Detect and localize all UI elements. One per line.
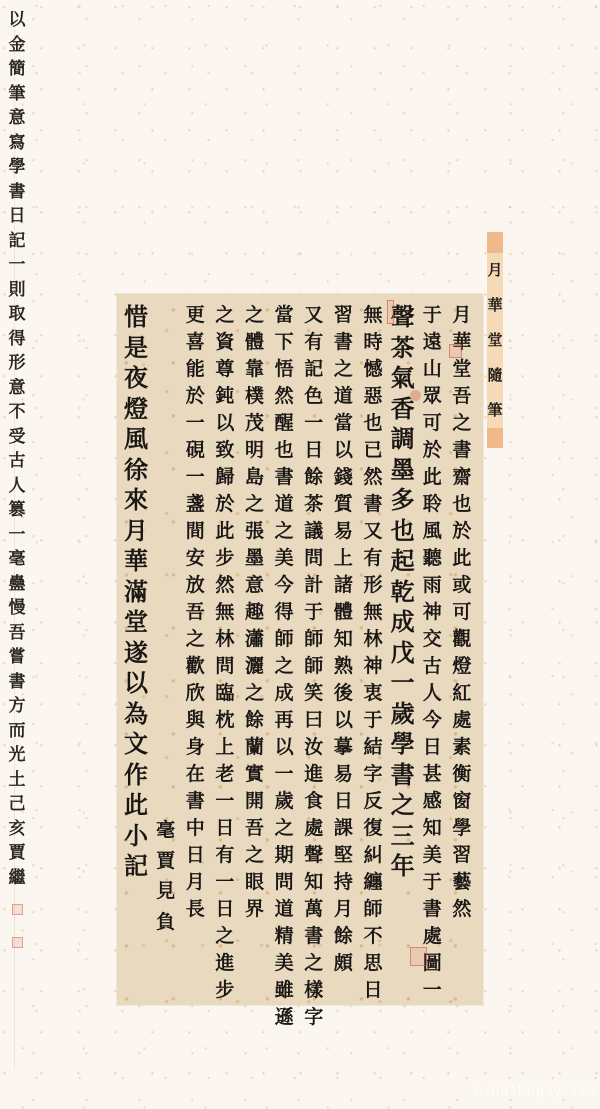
- calligraphy-char: 道: [275, 896, 294, 923]
- calligraphy-char: 吾: [245, 815, 264, 842]
- calligraphy-char: 明: [245, 437, 264, 464]
- calligraphy-char: 之: [304, 950, 323, 977]
- inscription-char: 毫: [9, 547, 26, 572]
- calligraphy-char: 此: [215, 518, 234, 545]
- calligraphy-char: 然: [275, 383, 294, 410]
- text-column: 聲茶氣香調墨多也起乾成戊一歲學書之三年: [390, 302, 416, 997]
- calligraphy-char: 熟: [334, 653, 353, 680]
- calligraphy-char: 山: [423, 356, 442, 383]
- calligraphy-char: 體: [334, 599, 353, 626]
- text-column: 于遠山眾可於此聆風聽雨神交古人今日甚感知美于書處圖一: [419, 302, 445, 997]
- calligraphy-char: 美: [275, 545, 294, 572]
- calligraphy-char: 有: [304, 329, 323, 356]
- calligraphy-char: 吾: [452, 383, 471, 410]
- calligraphy-char: 身: [186, 734, 205, 761]
- calligraphy-char: 一: [275, 761, 294, 788]
- calligraphy-char: 靠: [245, 356, 264, 383]
- calligraphy-char: 日: [186, 842, 205, 869]
- calligraphy-char: 無: [215, 599, 234, 626]
- calligraphy-char: 美: [275, 950, 294, 977]
- calligraphy-char: 已: [363, 437, 382, 464]
- calligraphy-char: 計: [304, 572, 323, 599]
- calligraphy-char: 記: [304, 356, 323, 383]
- calligraphy-char: 問: [215, 653, 234, 680]
- inscription-char: 古: [9, 449, 26, 474]
- calligraphy-char: 華: [124, 546, 148, 577]
- calligraphy-char: 日: [215, 896, 234, 923]
- calligraphy-char: 書: [363, 491, 382, 518]
- calligraphy-char: 處: [423, 923, 442, 950]
- calligraphy-char: 致: [215, 437, 234, 464]
- calligraphy-char: 氣: [391, 363, 415, 394]
- inscription-char: 書: [9, 670, 26, 695]
- calligraphy-char: 與: [186, 707, 205, 734]
- inscription-char: 一: [9, 523, 26, 548]
- calligraphy-char: 古: [423, 653, 442, 680]
- calligraphy-char: 今: [423, 707, 442, 734]
- calligraphy-char: 之: [275, 815, 294, 842]
- calligraphy-char: 間: [186, 518, 205, 545]
- calligraphy-char: 食: [304, 788, 323, 815]
- calligraphy-char: 可: [452, 599, 471, 626]
- calligraphy-char: 形: [363, 572, 382, 599]
- inscription-char: 繼: [9, 866, 26, 891]
- calligraphy-char: 上: [334, 545, 353, 572]
- inscription-char: 書: [9, 180, 26, 205]
- calligraphy-char: 摹: [334, 734, 353, 761]
- calligraphy-char: 一: [186, 410, 205, 437]
- seal-icon-left: [12, 904, 23, 915]
- calligraphy-char: 於: [215, 491, 234, 518]
- calligraphy-char: 于: [363, 707, 382, 734]
- calligraphy-char: 問: [275, 869, 294, 896]
- calligraphy-char: 來: [124, 485, 148, 516]
- calligraphy-char: 餘: [245, 707, 264, 734]
- inscription-char: 日: [9, 204, 26, 229]
- title-char: 筆: [487, 393, 502, 428]
- calligraphy-char: 樣: [304, 977, 323, 1004]
- inscription-char: 簡: [9, 57, 26, 82]
- calligraphy-char: 堂: [124, 607, 148, 638]
- inscription-char: 記: [9, 229, 26, 254]
- calligraphy-char: 之: [452, 410, 471, 437]
- inscription-char: 方: [9, 694, 26, 719]
- inscription-char: 一: [9, 253, 26, 278]
- calligraphy-char: 神: [423, 599, 442, 626]
- inscription-char: 篡: [9, 498, 26, 523]
- inscription-char: 己: [9, 792, 26, 817]
- inscription-char: 以: [9, 8, 26, 33]
- calligraphy-char: 茂: [245, 410, 264, 437]
- inscription-char: 亥: [9, 817, 26, 842]
- calligraphy-char: 意: [245, 572, 264, 599]
- calligraphy-char: 燈: [124, 394, 148, 425]
- watermark: m.huibopay.com: [473, 1083, 598, 1099]
- inscription-char: 慢: [9, 596, 26, 621]
- inscription-char: 金: [9, 33, 26, 58]
- calligraphy-char: 結: [363, 734, 382, 761]
- calligraphy-char: 當: [334, 410, 353, 437]
- text-column: 習書之道當以錢質易上諸體知熟後以摹易日課堅持月餘頗: [330, 302, 356, 997]
- calligraphy-char: 體: [245, 329, 264, 356]
- inscription-char: 而: [9, 719, 26, 744]
- title-char: 堂: [487, 323, 502, 358]
- calligraphy-char: 之: [215, 302, 234, 329]
- calligraphy-char: 聽: [423, 545, 442, 572]
- calligraphy-char: 鈍: [215, 383, 234, 410]
- calligraphy-char: 頗: [334, 950, 353, 977]
- inscription-char: 嘗: [9, 645, 26, 670]
- calligraphy-char: 月: [186, 869, 205, 896]
- calligraphy-char: 美: [423, 842, 442, 869]
- colophon-char: 毫: [156, 815, 175, 846]
- calligraphy-char: 道: [275, 491, 294, 518]
- calligraphy-char: 憾: [363, 356, 382, 383]
- calligraphy-char: 字: [304, 1004, 323, 1031]
- calligraphy-char: 枕: [215, 707, 234, 734]
- calligraphy-char: 知: [423, 815, 442, 842]
- calligraphy-char: 一: [186, 464, 205, 491]
- calligraphy-char: 遠: [423, 329, 442, 356]
- calligraphy-char: 界: [245, 896, 264, 923]
- calligraphy-char: 吾: [186, 599, 205, 626]
- calligraphy-char: 遜: [275, 1004, 294, 1031]
- calligraphy-char: 師: [304, 626, 323, 653]
- calligraphy-char: 眼: [245, 869, 264, 896]
- calligraphy-char: 一: [391, 668, 415, 699]
- calligraphy-char: 得: [275, 599, 294, 626]
- calligraphy-char: 林: [363, 626, 382, 653]
- calligraphy-char: 齋: [452, 464, 471, 491]
- calligraphy-char: 日: [215, 815, 234, 842]
- calligraphy-char: 老: [215, 761, 234, 788]
- calligraphy-char: 以: [334, 707, 353, 734]
- title-strip-top-cap: [487, 232, 503, 253]
- calligraphy-char: 不: [363, 923, 382, 950]
- calligraphy-char: 之: [245, 491, 264, 518]
- calligraphy-char: 書: [452, 437, 471, 464]
- calligraphy-char: 步: [215, 545, 234, 572]
- calligraphy-char: 交: [423, 626, 442, 653]
- calligraphy-char: 徐: [124, 455, 148, 486]
- calligraphy-char: 藝: [452, 869, 471, 896]
- inscription-char: 則: [9, 278, 26, 303]
- calligraphy-char: 感: [423, 788, 442, 815]
- calligraphy-char: 之: [245, 302, 264, 329]
- text-column: 又有記色一日餘茶議問計于師師笑曰汝進食處聲知萬書之樣字: [301, 302, 327, 997]
- calligraphy-char: 之: [245, 842, 264, 869]
- calligraphy-char: 之: [391, 790, 415, 821]
- calligraphy-char: 月: [334, 896, 353, 923]
- calligraphy-char: 瀟: [245, 626, 264, 653]
- calligraphy-char: 此: [423, 464, 442, 491]
- calligraphy-char: 有: [363, 545, 382, 572]
- calligraphy-char: 臨: [215, 680, 234, 707]
- calligraphy-char: 以: [275, 734, 294, 761]
- calligraphy-char: 中: [186, 815, 205, 842]
- inscription-char: 賈: [9, 841, 26, 866]
- calligraphy-char: 安: [186, 545, 205, 572]
- calligraphy-char: 文: [124, 729, 148, 760]
- calligraphy-char: 再: [275, 707, 294, 734]
- calligraphy-char: 悟: [275, 356, 294, 383]
- calligraphy-char: 更: [186, 302, 205, 329]
- calligraphy-char: 資: [215, 329, 234, 356]
- calligraphy-char: 處: [452, 707, 471, 734]
- calligraphy-char: 尊: [215, 356, 234, 383]
- text-column: 更喜能於一硯一盞間安放吾之歡欣與身在書中日月長: [182, 302, 208, 997]
- calligraphy-char: 纏: [363, 869, 382, 896]
- calligraphy-char: 雨: [423, 572, 442, 599]
- calligraphy-char: 期: [275, 842, 294, 869]
- calligraphy-char: 于: [304, 599, 323, 626]
- title-char: 隨: [487, 358, 502, 393]
- calligraphy-char: 墨: [391, 455, 415, 486]
- calligraphy-char: 月: [124, 516, 148, 547]
- calligraphy-char: 長: [186, 896, 205, 923]
- calligraphy-char: 然: [452, 896, 471, 923]
- calligraphy-char: 雖: [275, 977, 294, 1004]
- calligraphy-char: 諸: [334, 572, 353, 599]
- calligraphy-char: 衷: [363, 680, 382, 707]
- calligraphy-char: 以: [124, 668, 148, 699]
- text-column: 無時憾惡也已然書又有形無林神衷于結字反復糾纏師不思日: [360, 302, 386, 997]
- calligraphy-char: 張: [245, 518, 264, 545]
- calligraphy-char: 聲: [304, 842, 323, 869]
- calligraphy-char: 議: [304, 518, 323, 545]
- calligraphy-char: 書: [423, 896, 442, 923]
- calligraphy-char: 道: [334, 383, 353, 410]
- calligraphy-char: 當: [275, 302, 294, 329]
- calligraphy-char: 時: [363, 329, 382, 356]
- inscription-char: 蠱: [9, 572, 26, 597]
- seal-icon-round: [410, 390, 421, 401]
- calligraphy-char: 神: [363, 653, 382, 680]
- calligraphy-char: 書: [304, 923, 323, 950]
- calligraphy-char: 紅: [452, 680, 471, 707]
- calligraphy-char: 師: [363, 896, 382, 923]
- calligraphy-char: 也: [452, 491, 471, 518]
- calligraphy-char: 于: [423, 869, 442, 896]
- calligraphy-char: 眾: [423, 383, 442, 410]
- calligraphy-char: 又: [304, 302, 323, 329]
- title-strip-bottom-cap: [487, 428, 503, 448]
- inscription-char: 光: [9, 743, 26, 768]
- calligraphy-char: 色: [304, 383, 323, 410]
- calligraphy-char: 堂: [452, 356, 471, 383]
- title-text: 月華堂隨筆: [487, 253, 502, 428]
- calligraphy-char: 開: [245, 788, 264, 815]
- calligraphy-char: 乾: [391, 577, 415, 608]
- calligraphy-char: 日: [423, 734, 442, 761]
- calligraphy-char: 之: [334, 356, 353, 383]
- calligraphy-char: 此: [452, 545, 471, 572]
- calligraphy-char: 聲: [391, 302, 415, 333]
- calligraphy-char: 書: [186, 788, 205, 815]
- calligraphy-char: 反: [363, 788, 382, 815]
- calligraphy-char: 惡: [363, 383, 382, 410]
- calligraphy-char: 可: [423, 410, 442, 437]
- calligraphy-char: 歲: [391, 699, 415, 730]
- text-column: 之體靠樸茂明島之張墨意趣瀟灑之餘蘭實開吾之眼界: [242, 302, 268, 997]
- calligraphy-char: 風: [423, 518, 442, 545]
- left-inscription-column: 以金簡筆意寫學書日記一則取得形意不受古人篡一毫蠱慢吾嘗書方而光土己亥賈繼: [6, 8, 28, 948]
- calligraphy-char: 之: [275, 653, 294, 680]
- calligraphy-char: 記: [124, 851, 148, 882]
- calligraphy-char: 歸: [215, 464, 234, 491]
- inscription-char: 人: [9, 474, 26, 499]
- calligraphy-char: 上: [215, 734, 234, 761]
- calligraphy-char: 作: [124, 760, 148, 791]
- colophon-char: 見: [156, 876, 175, 907]
- calligraphy-char: 硯: [186, 437, 205, 464]
- calligraphy-char: 墨: [245, 545, 264, 572]
- calligraphy-char: 素: [452, 734, 471, 761]
- calligraphy-char: 之: [186, 626, 205, 653]
- calligraphy-char: 灑: [245, 653, 264, 680]
- colophon-column: 毫 賈見負: [153, 302, 179, 997]
- calligraphy-char: 堅: [334, 842, 353, 869]
- calligraphy-char: 也: [275, 437, 294, 464]
- calligraphy-char: 以: [334, 437, 353, 464]
- calligraphy-char: 持: [334, 869, 353, 896]
- calligraphy-char: 以: [215, 410, 234, 437]
- calligraphy-char: 也: [391, 516, 415, 547]
- calligraphy-char: 學: [452, 815, 471, 842]
- calligraphy-char: 聆: [423, 491, 442, 518]
- calligraphy-panel: 月華堂吾之書齋也於此或可觀燈紅處素衡窗學習藝然于遠山眾可於此聆風聽雨神交古人今日…: [117, 294, 483, 1005]
- calligraphy-char: 之: [275, 518, 294, 545]
- calligraphy-char: 戊: [391, 638, 415, 669]
- calligraphy-char: 質: [334, 491, 353, 518]
- seal-icon-square-bottom: [410, 947, 427, 966]
- text-column: 之資尊鈍以致歸於此步然無林問臨枕上老一日有一日之進步: [212, 302, 238, 997]
- calligraphy-char: 衡: [452, 761, 471, 788]
- seal-icon-square-right: [449, 344, 462, 358]
- inscription-char: 筆: [9, 82, 26, 107]
- calligraphy-char: 糾: [363, 842, 382, 869]
- title-char: 月: [487, 253, 502, 288]
- calligraphy-char: 步: [215, 977, 234, 1004]
- calligraphy-char: 日: [334, 788, 353, 815]
- calligraphy-char: 遂: [124, 638, 148, 669]
- calligraphy-char: 一: [215, 788, 234, 815]
- calligraphy-char: 課: [334, 815, 353, 842]
- inscription-char: 土: [9, 768, 26, 793]
- calligraphy-char: 夜: [124, 363, 148, 394]
- calligraphy-char: 此: [124, 790, 148, 821]
- calligraphy-char: 易: [334, 518, 353, 545]
- seal-icon-left: [12, 937, 23, 948]
- calligraphy-char: 無: [363, 599, 382, 626]
- calligraphy-char: 餘: [304, 464, 323, 491]
- calligraphy-char: 人: [423, 680, 442, 707]
- calligraphy-char: 進: [215, 950, 234, 977]
- calligraphy-columns: 月華堂吾之書齋也於此或可觀燈紅處素衡窗學習藝然于遠山眾可於此聆風聽雨神交古人今日…: [123, 302, 475, 997]
- text-column: 當下悟然醒也書道之美今得師之成再以一歲之期問道精美雖遜: [271, 302, 297, 997]
- calligraphy-char: 林: [215, 626, 234, 653]
- calligraphy-char: 無: [363, 302, 382, 329]
- calligraphy-char: 樸: [245, 383, 264, 410]
- calligraphy-char: 滿: [124, 577, 148, 608]
- calligraphy-char: 成: [391, 607, 415, 638]
- calligraphy-char: 一: [215, 869, 234, 896]
- inscription-char: 學: [9, 155, 26, 180]
- calligraphy-char: 年: [391, 851, 415, 882]
- calligraphy-char: 日: [363, 977, 382, 1004]
- colophon-char: 賈: [156, 846, 175, 877]
- calligraphy-char: 窗: [452, 788, 471, 815]
- calligraphy-char: 易: [334, 761, 353, 788]
- calligraphy-char: 觀: [452, 626, 471, 653]
- calligraphy-char: 于: [423, 302, 442, 329]
- calligraphy-char: 錢: [334, 464, 353, 491]
- calligraphy-char: 又: [363, 518, 382, 545]
- calligraphy-char: 精: [275, 923, 294, 950]
- inscription-char: 意: [9, 106, 26, 131]
- calligraphy-char: 甚: [423, 761, 442, 788]
- inscription-char: 不: [9, 400, 26, 425]
- calligraphy-char: 調: [391, 424, 415, 455]
- calligraphy-char: 也: [363, 410, 382, 437]
- inscription-char: 得: [9, 327, 26, 352]
- calligraphy-char: 處: [304, 815, 323, 842]
- inscription-char: 寫: [9, 131, 26, 156]
- calligraphy-char: 有: [215, 842, 234, 869]
- calligraphy-char: 實: [245, 761, 264, 788]
- calligraphy-char: 多: [391, 485, 415, 516]
- calligraphy-char: 下: [275, 329, 294, 356]
- inscription-char: 吾: [9, 621, 26, 646]
- calligraphy-char: 書: [391, 760, 415, 791]
- calligraphy-char: 或: [452, 572, 471, 599]
- calligraphy-char: 一: [423, 977, 442, 1004]
- title-strip: 月華堂隨筆: [487, 232, 503, 448]
- calligraphy-char: 復: [363, 815, 382, 842]
- calligraphy-char: 書: [334, 329, 353, 356]
- calligraphy-char: 蘭: [245, 734, 264, 761]
- calligraphy-char: 茶: [304, 491, 323, 518]
- calligraphy-char: 喜: [186, 329, 205, 356]
- calligraphy-char: 萬: [304, 896, 323, 923]
- calligraphy-char: 字: [363, 761, 382, 788]
- calligraphy-char: 然: [363, 464, 382, 491]
- calligraphy-char: 書: [275, 464, 294, 491]
- calligraphy-char: 欣: [186, 680, 205, 707]
- calligraphy-char: 歲: [275, 788, 294, 815]
- calligraphy-char: 是: [124, 333, 148, 364]
- calligraphy-char: 在: [186, 761, 205, 788]
- calligraphy-char: 後: [334, 680, 353, 707]
- seal-icon-top-small: [387, 300, 394, 324]
- calligraphy-char: 惜: [124, 302, 148, 333]
- calligraphy-char: 於: [423, 437, 442, 464]
- calligraphy-char: 能: [186, 356, 205, 383]
- calligraphy-char: 燈: [452, 653, 471, 680]
- text-column: 惜是夜燈風徐來月華滿堂遂以為文作此小記: [123, 302, 149, 997]
- calligraphy-char: 之: [215, 923, 234, 950]
- calligraphy-char: 月: [452, 302, 471, 329]
- calligraphy-char: 知: [304, 869, 323, 896]
- calligraphy-char: 起: [391, 546, 415, 577]
- calligraphy-char: 茶: [391, 333, 415, 364]
- calligraphy-char: 日: [304, 437, 323, 464]
- inscription-char: 形: [9, 351, 26, 376]
- calligraphy-char: 笑: [304, 680, 323, 707]
- colophon-char: 負: [156, 907, 175, 938]
- calligraphy-char: 師: [304, 653, 323, 680]
- calligraphy-char: 醒: [275, 410, 294, 437]
